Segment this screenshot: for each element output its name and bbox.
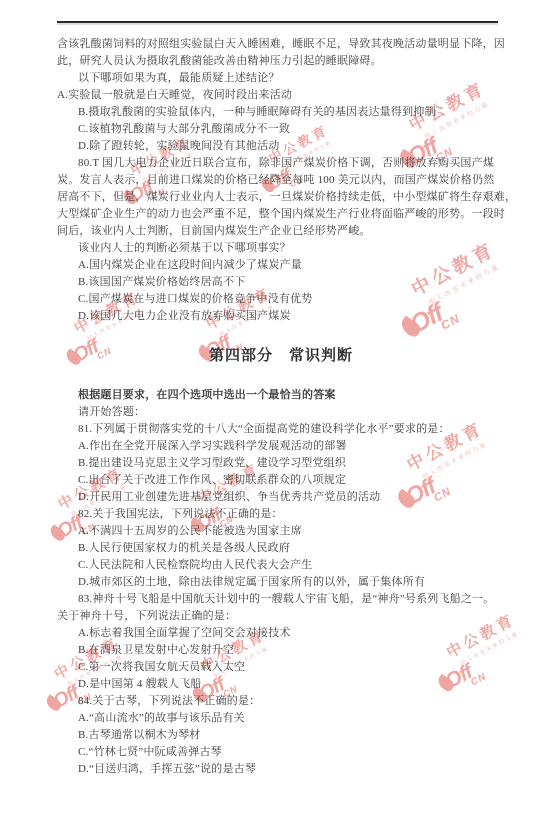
text-line: B.提出建设马克思主义学习型政党、建设学习型党组织 xyxy=(57,455,505,472)
text-line: B.古琴通常以桐木为琴材 xyxy=(57,727,505,744)
text-line: 该业内人士的判断必须基于以下哪项事实？ xyxy=(57,240,505,257)
text-line: D.该国几大电力企业没有放弃购买国产煤炭 xyxy=(57,308,505,325)
text-line: 以下哪项如果为真，最能质疑上述结论？ xyxy=(57,70,505,87)
text-line: 83.神舟十号飞船是中国航天计划中的一艘载人宇宙飞船，是“神舟”号系列飞船之一。 xyxy=(57,591,505,608)
text-line: C.人民法院和人民检察院均由人民代表大会产生 xyxy=(57,557,505,574)
text-line: B.人民行使国家权力的机关是各级人民政府 xyxy=(57,540,505,557)
text-line: D.城市郊区的土地，除由法律规定属于国家所有的以外，属于集体所有 xyxy=(57,574,505,591)
text-line: 此，研究人员认为摄取乳酸菌能改善由精神压力引起的睡眠障碍。 xyxy=(57,53,505,70)
text-line: 80.T 国几大电力企业近日联合宣布，除非国产煤炭价格下调，否则将放弃购买国产煤 xyxy=(57,155,505,172)
section-heading: 第四部分 常识判断 xyxy=(57,345,505,367)
text-line: C.出台了关于改进工作作风、密切联系群众的八项规定 xyxy=(57,472,505,489)
text-line: C.该植物乳酸菌与大部分乳酸菌成分不一致 xyxy=(57,121,505,138)
text-line: 82.关于我国宪法，下列说法不正确的是： xyxy=(57,506,505,523)
text-line: 居高不下，但是，煤炭行业业内人士表示，一旦煤炭价格持续走低，中小型煤矿将生存艰难… xyxy=(57,189,505,206)
text-line: D.除了蹬转轮，实验鼠晚间没有其他活动 xyxy=(57,138,505,155)
text-line: A.实验鼠一般就是白天睡觉，夜间时段出来活动 xyxy=(57,87,505,104)
text-line: 大型煤矿企业生产的动力也会严重不足，整个国内煤炭生产行业将面临严峻的形势。一段时 xyxy=(57,206,505,223)
text-line: B.摄取乳酸菌的实验鼠体内，一种与睡眠障碍有关的基因表达量得到抑制 xyxy=(57,104,505,121)
text-line: A.“高山流水”的故事与该乐品有关 xyxy=(57,710,505,727)
text-line: 84.关于古琴，下列说法不正确的是： xyxy=(57,693,505,710)
question-text-block: 含该乳酸菌饲料的对照组实验鼠白天入睡困难，睡眠不足，导致其夜晚活动量明显下降，因… xyxy=(57,36,505,778)
text-line: C.“竹林七贤”中阮咸善弹古琴 xyxy=(57,744,505,761)
text-line: 含该乳酸菌饲料的对照组实验鼠白天入睡困难，睡眠不足，导致其夜晚活动量明显下降，因 xyxy=(57,36,505,53)
text-line: C.第一次将我国女航天员载入太空 xyxy=(57,659,505,676)
text-line: 间后，该业内人士判断，目前国内煤炭生产企业已经形势严峻。 xyxy=(57,223,505,240)
text-line: 关于神舟十号，下列说法正确的是： xyxy=(57,608,505,625)
begin-answer-line: 请开始答题： xyxy=(57,404,505,421)
page-top-rule xyxy=(57,21,498,23)
text-line: 炭。发言人表示，目前进口煤炭的价格已经降至每吨 100 美元以内，而国产煤炭价格… xyxy=(57,172,505,189)
text-line: A.作出在全党开展深入学习实践科学发展观活动的部署 xyxy=(57,438,505,455)
text-line: A.不满四十五周岁的公民不能被选为国家主席 xyxy=(57,523,505,540)
instruction-line: 根据题目要求，在四个选项中选出一个最恰当的答案 xyxy=(57,387,505,404)
document-page: 中公教育 给人改变未来的力量 Off CN 中公教育 给人改变未来的力量 Off… xyxy=(0,0,550,820)
text-line: D.开民用工业创建先进基层党组织、争当优秀共产党员的活动 xyxy=(57,489,505,506)
text-line: A.国内煤炭企业在这段时间内减少了煤炭产量 xyxy=(57,257,505,274)
text-line: C.国产煤炭在与进口煤炭的价格竞争中没有优势 xyxy=(57,291,505,308)
text-line: B.该国国产煤炭价格始终居高不下 xyxy=(57,274,505,291)
text-line: A.标志着我国全面掌握了空间交会对接技术 xyxy=(57,625,505,642)
text-line: B.在酒泉卫星发射中心发射升空 xyxy=(57,642,505,659)
text-line: D.“目送归鸿，手挥五弦”说的是古琴 xyxy=(57,761,505,778)
text-line: D.是中国第 4 艘载人飞船 xyxy=(57,676,505,693)
text-line: 81.下列属于贯彻落实党的十八大“全面提高党的建设科学化水平”要求的是： xyxy=(57,421,505,438)
